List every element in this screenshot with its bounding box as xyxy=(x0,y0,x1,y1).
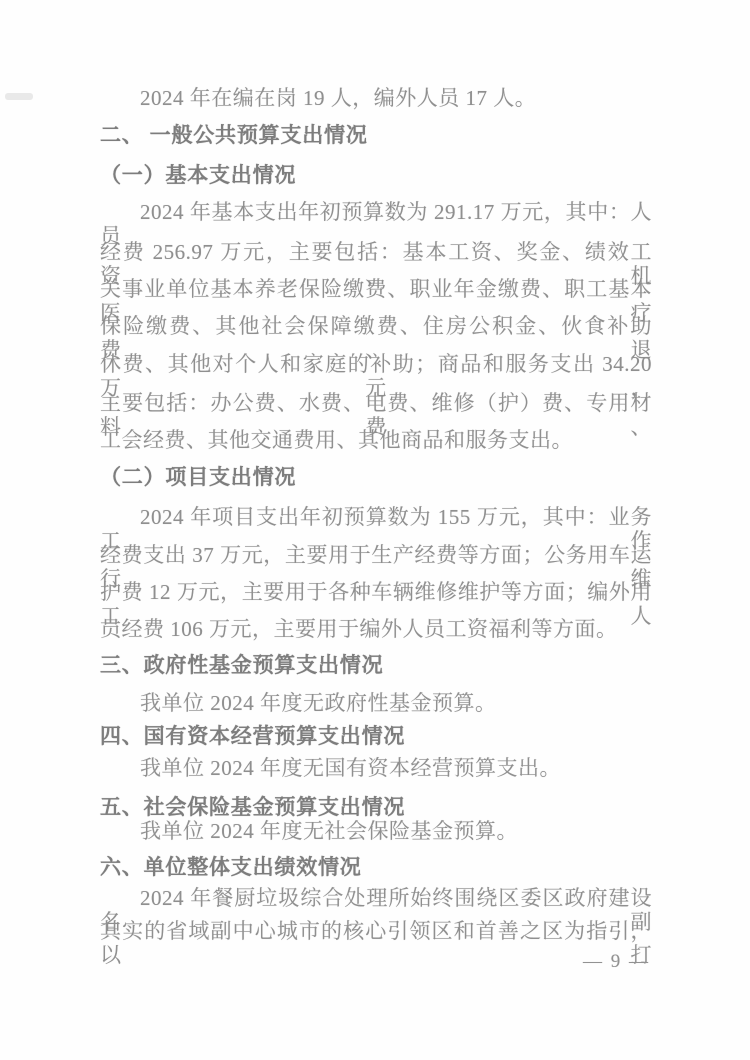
section-heading: （二）项目支出情况 xyxy=(100,465,652,489)
section-heading: 二、 一般公共预算支出情况 xyxy=(100,123,652,147)
text-line: 2024 年在编在岗 19 人，编外人员 17 人。 xyxy=(100,86,652,110)
section-heading: 六、单位整体支出绩效情况 xyxy=(100,855,652,879)
page-number: — 9 — xyxy=(583,951,673,973)
section-heading: 三、政府性基金预算支出情况 xyxy=(100,653,652,677)
text-line: 我单位 2024 年度无社会保险基金预算。 xyxy=(100,819,652,843)
text-line: 其实的省域副中心城市的核心引领区和首善之区为指引，以打 xyxy=(100,919,652,967)
text-line: 我单位 2024 年度无国有资本经营预算支出。 xyxy=(100,756,652,780)
text-line: 工会经费、其他交通费用、其他商品和服务支出。 xyxy=(100,428,652,452)
text-line: 我单位 2024 年度无政府性基金预算。 xyxy=(100,691,652,715)
section-heading: 五、社会保险基金预算支出情况 xyxy=(100,795,652,819)
section-heading: （一）基本支出情况 xyxy=(100,163,652,187)
text-line: 员经费 106 万元，主要用于编外人员工资福利等方面。 xyxy=(100,617,652,641)
section-heading: 四、国有资本经营预算支出情况 xyxy=(100,724,652,748)
scan-artifact xyxy=(5,93,33,100)
document-page: 2024 年在编在岗 19 人，编外人员 17 人。 二、 一般公共预算支出情况… xyxy=(0,0,750,1060)
